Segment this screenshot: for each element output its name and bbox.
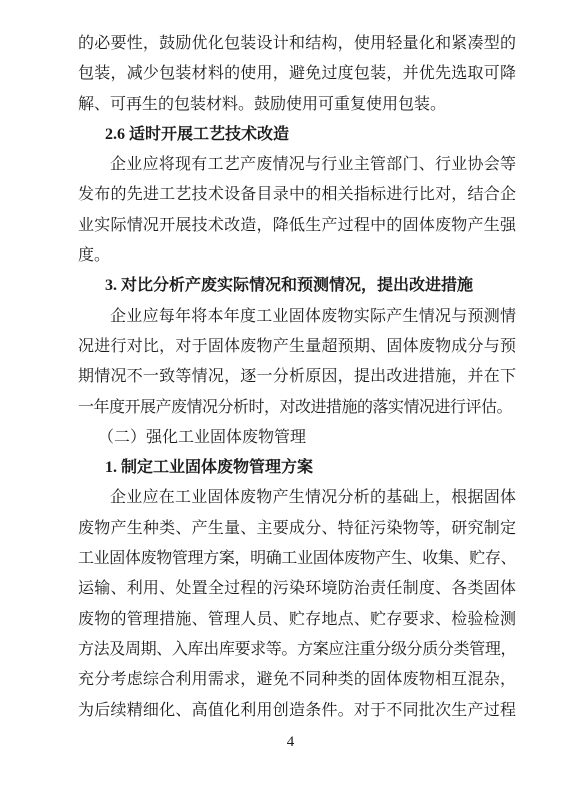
section-heading-2-6: 2.6 适时开展工艺技术改造 (78, 120, 516, 150)
heading-text: 2.6 适时开展工艺技术改造 (78, 120, 516, 150)
paragraph: 的必要性，鼓励优化包装设计和结构，使用轻量化和紧凑型的 包装，减少包装材料的使用… (78, 29, 516, 120)
text-line: 包装，减少包装材料的使用，避免过度包装，并优先选取可降 (78, 59, 516, 89)
text-line: 解、可再生的包装材料。鼓励使用可重复使用包装。 (78, 90, 516, 120)
document-body: 的必要性，鼓励优化包装设计和结构，使用轻量化和紧凑型的 包装，减少包装材料的使用… (78, 29, 516, 726)
text-line: 为后续精细化、高值化利用创造条件。对于不同批次生产过程 (78, 696, 516, 726)
text-line: 度。 (78, 241, 516, 271)
text-line: 的必要性，鼓励优化包装设计和结构，使用轻量化和紧凑型的 (78, 29, 516, 59)
paragraph: 企业应每年将本年度工业固体废物实际产生情况与预测情 况进行对比，对于固体废物产生… (78, 302, 516, 423)
text-line: 方法及周期、入库出库要求等。方案应注重分级分质分类管理， (78, 635, 516, 665)
text-line: 企业应每年将本年度工业固体废物实际产生情况与预测情 (78, 302, 516, 332)
text-line: 况进行对比，对于固体废物产生量超预期、固体废物成分与预 (78, 332, 516, 362)
text-line: 业实际情况开展技术改造，降低生产过程中的固体废物产生强 (78, 211, 516, 241)
section-heading-1: 1. 制定工业固体废物管理方案 (78, 453, 516, 483)
heading-text: 3. 对比分析产废实际情况和预测情况，提出改进措施 (78, 271, 516, 301)
text-line: 一年度开展产废情况分析时，对改进措施的落实情况进行评估。 (78, 393, 516, 423)
text-line: 运输、利用、处置全过程的污染环境防治责任制度、各类固体 (78, 574, 516, 604)
heading-text: 1. 制定工业固体废物管理方案 (78, 453, 516, 483)
text-line: 发布的先进工艺技术设备目录中的相关指标进行比对，结合企 (78, 180, 516, 210)
subsection-heading-2: （二）强化工业固体废物管理 (78, 423, 516, 453)
subheading-text: （二）强化工业固体废物管理 (78, 423, 516, 453)
paragraph: 企业应在工业固体废物产生情况分析的基础上，根据固体 废物产生种类、产生量、主要成… (78, 483, 516, 725)
text-line: 废物产生种类、产生量、主要成分、特征污染物等，研究制定 (78, 514, 516, 544)
paragraph: 企业应将现有工艺产废情况与行业主管部门、行业协会等 发布的先进工艺技术设备目录中… (78, 150, 516, 271)
text-line: 期情况不一致等情况，逐一分析原因，提出改进措施，并在下 (78, 362, 516, 392)
document-page: 的必要性，鼓励优化包装设计和结构，使用轻量化和紧凑型的 包装，减少包装材料的使用… (0, 0, 581, 789)
text-line: 充分考虑综合利用需求，避免不同种类的固体废物相互混杂， (78, 665, 516, 695)
page-number: 4 (0, 732, 581, 752)
text-line: 企业应在工业固体废物产生情况分析的基础上，根据固体 (78, 483, 516, 513)
text-line: 工业固体废物管理方案，明确工业固体废物产生、收集、贮存、 (78, 544, 516, 574)
text-line: 废物的管理措施、管理人员、贮存地点、贮存要求、检验检测 (78, 605, 516, 635)
text-line: 企业应将现有工艺产废情况与行业主管部门、行业协会等 (78, 150, 516, 180)
section-heading-3: 3. 对比分析产废实际情况和预测情况，提出改进措施 (78, 271, 516, 301)
